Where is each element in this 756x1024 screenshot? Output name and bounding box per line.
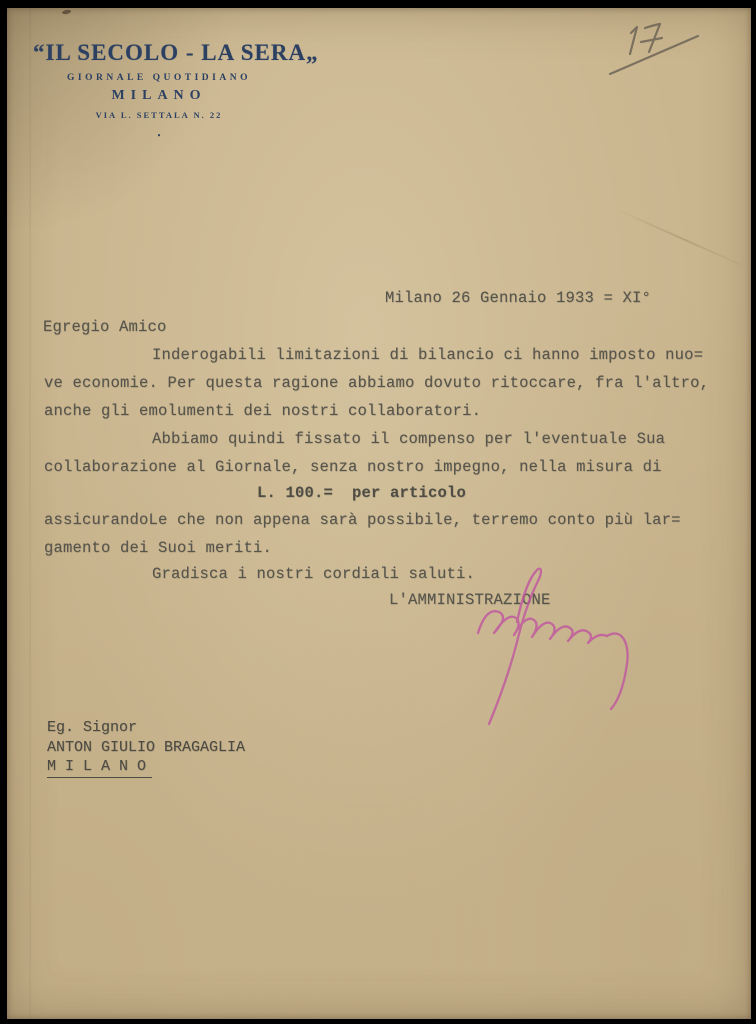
fee-amount-line: L. 100.= per articolo bbox=[257, 484, 466, 502]
letterhead-title: “IL SECOLO - LA SERA„ bbox=[33, 40, 285, 66]
closing-line: Gradisca i nostri cordiali saluti. bbox=[152, 565, 475, 583]
letter-line: assicurandoLe che non appena sarà possib… bbox=[44, 511, 681, 529]
recipient-honorific: Eg. Signor bbox=[47, 718, 245, 738]
letter-line: anche gli emolumenti dei nostri collabor… bbox=[44, 402, 481, 420]
document-scan: “IL SECOLO - LA SERA„ GIORNALE QUOTIDIAN… bbox=[0, 0, 756, 1024]
letter-line: ve economie. Per questa ragione abbiamo … bbox=[44, 374, 709, 392]
letter-line: gamento dei Suoi meriti. bbox=[44, 539, 272, 557]
letterhead-address: VIA L. SETTALA N. 22 bbox=[33, 110, 285, 120]
date-line: Milano 26 Gennaio 1933 = XI° bbox=[385, 289, 651, 307]
letterhead-subtitle: GIORNALE QUOTIDIANO bbox=[33, 73, 285, 83]
letterhead: “IL SECOLO - LA SERA„ GIORNALE QUOTIDIAN… bbox=[33, 40, 285, 140]
letterhead-ornament-icon: • bbox=[33, 131, 285, 140]
letter-line: Inderogabili limitazioni di bilancio ci … bbox=[152, 346, 703, 364]
sender-title-line: L'AMMINISTRAZIONE bbox=[389, 591, 551, 609]
letterhead-city: MILANO bbox=[33, 88, 285, 104]
paper-crease-vertical bbox=[29, 8, 31, 1019]
letter-line: Abbiamo quindi fissato il compenso per l… bbox=[152, 430, 665, 448]
recipient-name: ANTON GIULIO BRAGAGLIA bbox=[47, 738, 245, 758]
recipient-block: Eg. Signor ANTON GIULIO BRAGAGLIA M I L … bbox=[47, 718, 245, 778]
recipient-city: M I L A N O bbox=[47, 757, 152, 778]
letter-line: collaborazione al Giornale, senza nostro… bbox=[44, 458, 662, 476]
salutation-line: Egregio Amico bbox=[43, 318, 167, 336]
